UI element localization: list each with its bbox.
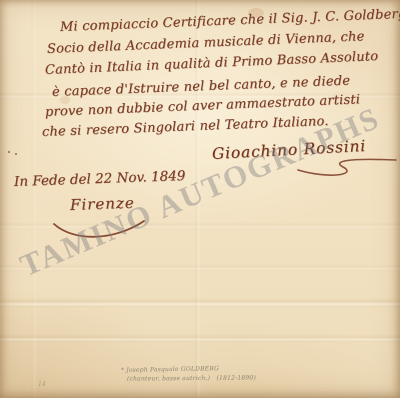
place-flourish [50,218,150,244]
fold-crease-lower [0,298,400,308]
pencil-corner-mark: 14 [38,381,46,388]
place-name: Firenze [70,194,135,214]
fold-crease-lower-faint [0,264,400,272]
letter-scan: Mi compiaccio Certificare che il Sig. J.… [0,0,400,398]
date-line: In Fede del 22 Nov. 1849 [14,168,186,190]
fold-crease-vertical-left [30,0,37,398]
place-flourish-stroke [54,221,144,237]
signature-flourish [200,140,400,180]
pencil-annotation-line2: (chanteur, basse autrich.) (1812-1890) [127,374,256,382]
ink-dot [15,153,17,155]
fold-crease-bottom [0,334,400,343]
ink-dot [8,151,10,153]
signature-flourish-stroke [298,159,396,175]
pencil-annotation-line1: * Joseph Pasquale GOLDBERG [121,365,219,374]
